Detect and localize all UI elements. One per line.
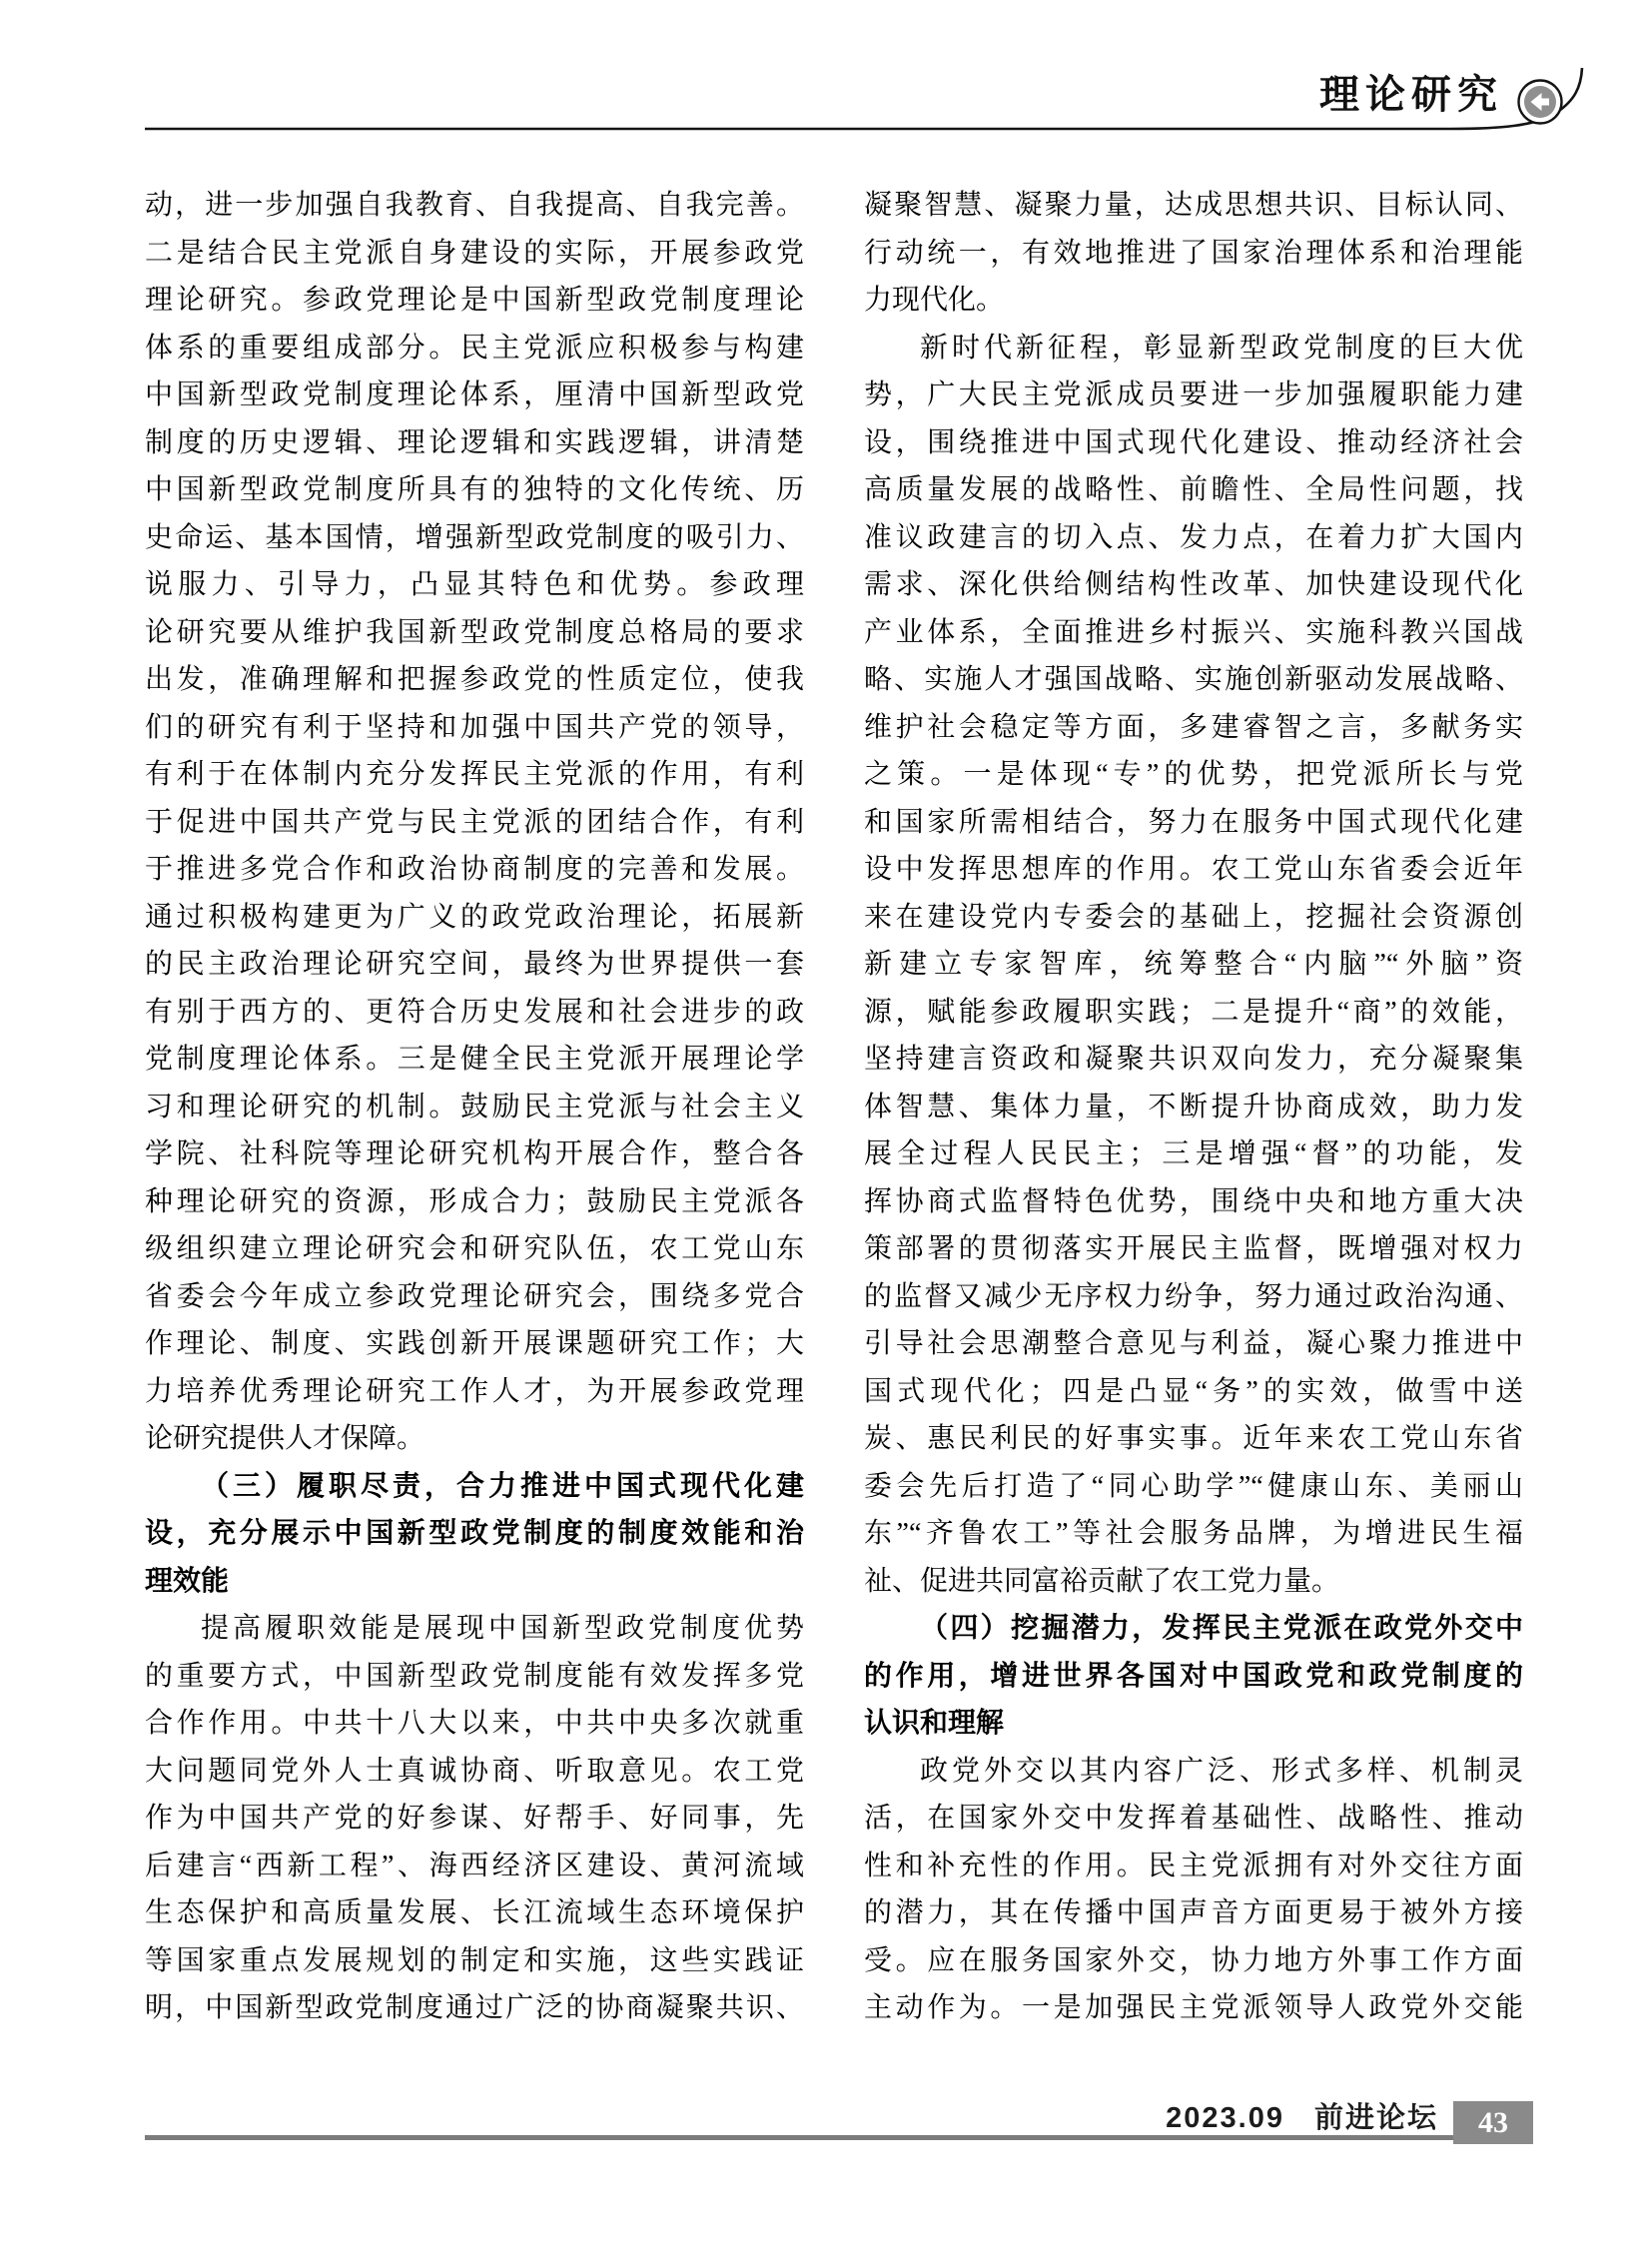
text-line: 来在建设党内专委会的基础上，挖掘社会资源创 <box>864 894 1523 942</box>
text-line: 主动作为。一是加强民主党派领导人政党外交能 <box>864 1984 1523 2032</box>
text-line: 设，围绕推进中国式现代化建设、推动经济社会 <box>864 419 1523 467</box>
text-line: 二是结合民主党派自身建设的实际，开展参政党 <box>145 230 804 278</box>
text-line: 炭、惠民利民的好事实事。近年来农工党山东省 <box>864 1415 1523 1463</box>
text-line: 作理论、制度、实践创新开展课题研究工作；大 <box>145 1320 804 1368</box>
text-line: 国式现代化；四是凸显“务”的实效，做雪中送 <box>864 1368 1523 1416</box>
text-line: 们的研究有利于坚持和加强中国共产党的领导， <box>145 704 804 752</box>
text-line: 中国新型政党制度所具有的独特的文化传统、历 <box>145 466 804 514</box>
text-line: 的潜力，其在传播中国声音方面更易于被外方接 <box>864 1889 1523 1937</box>
text-line: 新时代新征程，彰显新型政党制度的巨大优 <box>864 325 1523 373</box>
text-line: （四）挖掘潜力，发挥民主党派在政党外交中 <box>864 1605 1523 1653</box>
footer-text: 2023.09前进论坛 <box>1166 2099 1438 2137</box>
journal-name: 前进论坛 <box>1314 2102 1438 2134</box>
text-line: 准议政建言的切入点、发力点，在着力扩大国内 <box>864 514 1523 562</box>
text-line: 引导社会思潮整合意见与利益，凝心聚力推进中 <box>864 1320 1523 1368</box>
text-line: 级组织建立理论研究会和研究队伍，农工党山东 <box>145 1225 804 1273</box>
header-rule <box>0 0 1652 180</box>
text-line: 种理论研究的资源，形成合力；鼓励民主党派各 <box>145 1178 804 1226</box>
text-line: 的民主政治理论研究空间，最终为世界提供一套 <box>145 941 804 989</box>
text-line: 后建言“西新工程”、海西经济区建设、黄河流域 <box>145 1843 804 1890</box>
text-line: 政党外交以其内容广泛、形式多样、机制灵 <box>864 1748 1523 1796</box>
text-line: 高质量发展的战略性、前瞻性、全局性问题，找 <box>864 466 1523 514</box>
text-line: 有利于在体制内充分发挥民主党派的作用，有利 <box>145 751 804 799</box>
text-line: 委会先后打造了“同心助学”“健康山东、美丽山 <box>864 1463 1523 1511</box>
text-line: 设中发挥思想库的作用。农工党山东省委会近年 <box>864 846 1523 894</box>
text-line: 体系的重要组成部分。民主党派应积极参与构建 <box>145 325 804 373</box>
text-line: （三）履职尽责，合力推进中国式现代化建 <box>145 1463 804 1511</box>
text-line: 坚持建言资政和凝聚共识双向发力，充分凝聚集 <box>864 1036 1523 1084</box>
journal-page: 理论研究 动，进一步加强自我教育、自我提高、自我完善。二是结合民主党派自身建设的… <box>0 0 1652 2242</box>
header-rule-line <box>145 68 1582 129</box>
text-line: 展全过程人民民主；三是增强“督”的功能，发 <box>864 1130 1523 1178</box>
text-line: 力培养优秀理论研究工作人才，为开展参政党理 <box>145 1368 804 1416</box>
text-line: 生态保护和高质量发展、长江流域生态环境保护 <box>145 1889 804 1937</box>
text-line: 于促进中国共产党与民主党派的团结合作，有利 <box>145 799 804 847</box>
text-line: 的重要方式，中国新型政党制度能有效发挥多党 <box>145 1653 804 1701</box>
text-line: 的作用，增进世界各国对中国政党和政党制度的 <box>864 1653 1523 1701</box>
text-line: 省委会今年成立参政党理论研究会，围绕多党合 <box>145 1273 804 1321</box>
text-line: 挥协商式监督特色优势，围绕中央和地方重大决 <box>864 1178 1523 1226</box>
page-number: 43 <box>1478 2106 1508 2140</box>
text-line: 之策。一是体现“专”的优势，把党派所长与党 <box>864 751 1523 799</box>
text-line: 维护社会稳定等方面，多建睿智之言，多献务实 <box>864 704 1523 752</box>
page-number-badge: 43 <box>1453 2101 1533 2144</box>
text-line: 动，进一步加强自我教育、自我提高、自我完善。 <box>145 182 804 230</box>
text-line: 行动统一，有效地推进了国家治理体系和治理能 <box>864 230 1523 278</box>
text-line: 产业体系，全面推进乡村振兴、实施科教兴国战 <box>864 609 1523 657</box>
text-line: 史命运、基本国情，增强新型政党制度的吸引力、 <box>145 514 804 562</box>
text-line: 论研究提供人才保障。 <box>145 1415 804 1463</box>
back-arrow-circle-icon <box>1519 81 1562 124</box>
text-line: 于推进多党合作和政治协商制度的完善和发展。 <box>145 846 804 894</box>
text-line: 明，中国新型政党制度通过广泛的协商凝聚共识、 <box>145 1984 804 2032</box>
text-line: 理论研究。参政党理论是中国新型政党制度理论 <box>145 277 804 325</box>
text-line: 体智慧、集体力量，不断提升协商成效，助力发 <box>864 1084 1523 1131</box>
text-line: 的监督又减少无序权力纷争，努力通过政治沟通、 <box>864 1273 1523 1321</box>
text-line: 提高履职效能是展现中国新型政党制度优势 <box>145 1605 804 1653</box>
text-line: 活，在国家外交中发挥着基础性、战略性、推动 <box>864 1795 1523 1843</box>
text-line: 凝聚智慧、凝聚力量，达成思想共识、目标认同、 <box>864 182 1523 230</box>
text-line: 源，赋能参政履职实践；二是提升“商”的效能， <box>864 989 1523 1037</box>
article-column-left: 动，进一步加强自我教育、自我提高、自我完善。二是结合民主党派自身建设的实际，开展… <box>145 182 804 2032</box>
issue-date: 2023.09 <box>1166 2102 1284 2134</box>
article-column-right: 凝聚智慧、凝聚力量，达成思想共识、目标认同、行动统一，有效地推进了国家治理体系和… <box>864 182 1523 2032</box>
text-line: 中国新型政党制度理论体系，厘清中国新型政党 <box>145 372 804 419</box>
text-line: 势，广大民主党派成员要进一步加强履职能力建 <box>864 372 1523 419</box>
text-line: 东”“齐鲁农工”等社会服务品牌，为增进民生福 <box>864 1510 1523 1558</box>
text-line: 理效能 <box>145 1558 804 1606</box>
text-line: 和国家所需相结合，努力在服务中国式现代化建 <box>864 799 1523 847</box>
text-line: 祉、促进共同富裕贡献了农工党力量。 <box>864 1558 1523 1606</box>
text-line: 需求、深化供给侧结构性改革、加快建设现代化 <box>864 561 1523 609</box>
text-line: 制度的历史逻辑、理论逻辑和实践逻辑，讲清楚 <box>145 419 804 467</box>
text-line: 等国家重点发展规划的制定和实施，这些实践证 <box>145 1937 804 1985</box>
text-line: 认识和理解 <box>864 1700 1523 1748</box>
text-line: 学院、社科院等理论研究机构开展合作，整合各 <box>145 1130 804 1178</box>
text-line: 设，充分展示中国新型政党制度的制度效能和治 <box>145 1510 804 1558</box>
text-line: 论研究要从维护我国新型政党制度总格局的要求 <box>145 609 804 657</box>
text-line: 略、实施人才强国战略、实施创新驱动发展战略、 <box>864 656 1523 704</box>
text-line: 说服力、引导力，凸显其特色和优势。参政理 <box>145 561 804 609</box>
text-line: 出发，准确理解和把握参政党的性质定位，使我 <box>145 656 804 704</box>
text-line: 有别于西方的、更符合历史发展和社会进步的政 <box>145 989 804 1037</box>
text-line: 大问题同党外人士真诚协商、听取意见。农工党 <box>145 1748 804 1796</box>
text-line: 习和理论研究的机制。鼓励民主党派与社会主义 <box>145 1084 804 1131</box>
text-line: 力现代化。 <box>864 277 1523 325</box>
text-line: 作为中国共产党的好参谋、好帮手、好同事，先 <box>145 1795 804 1843</box>
text-line: 性和补充性的作用。民主党派拥有对外交往方面 <box>864 1843 1523 1890</box>
text-line: 受。应在服务国家外交，协力地方外事工作方面 <box>864 1937 1523 1985</box>
text-line: 策部署的贯彻落实开展民主监督，既增强对权力 <box>864 1225 1523 1273</box>
text-line: 党制度理论体系。三是健全民主党派开展理论学 <box>145 1036 804 1084</box>
text-line: 新建立专家智库，统筹整合“内脑”“外脑”资 <box>864 941 1523 989</box>
text-line: 合作作用。中共十八大以来，中共中央多次就重 <box>145 1700 804 1748</box>
text-line: 通过积极构建更为广义的政党政治理论，拓展新 <box>145 894 804 942</box>
